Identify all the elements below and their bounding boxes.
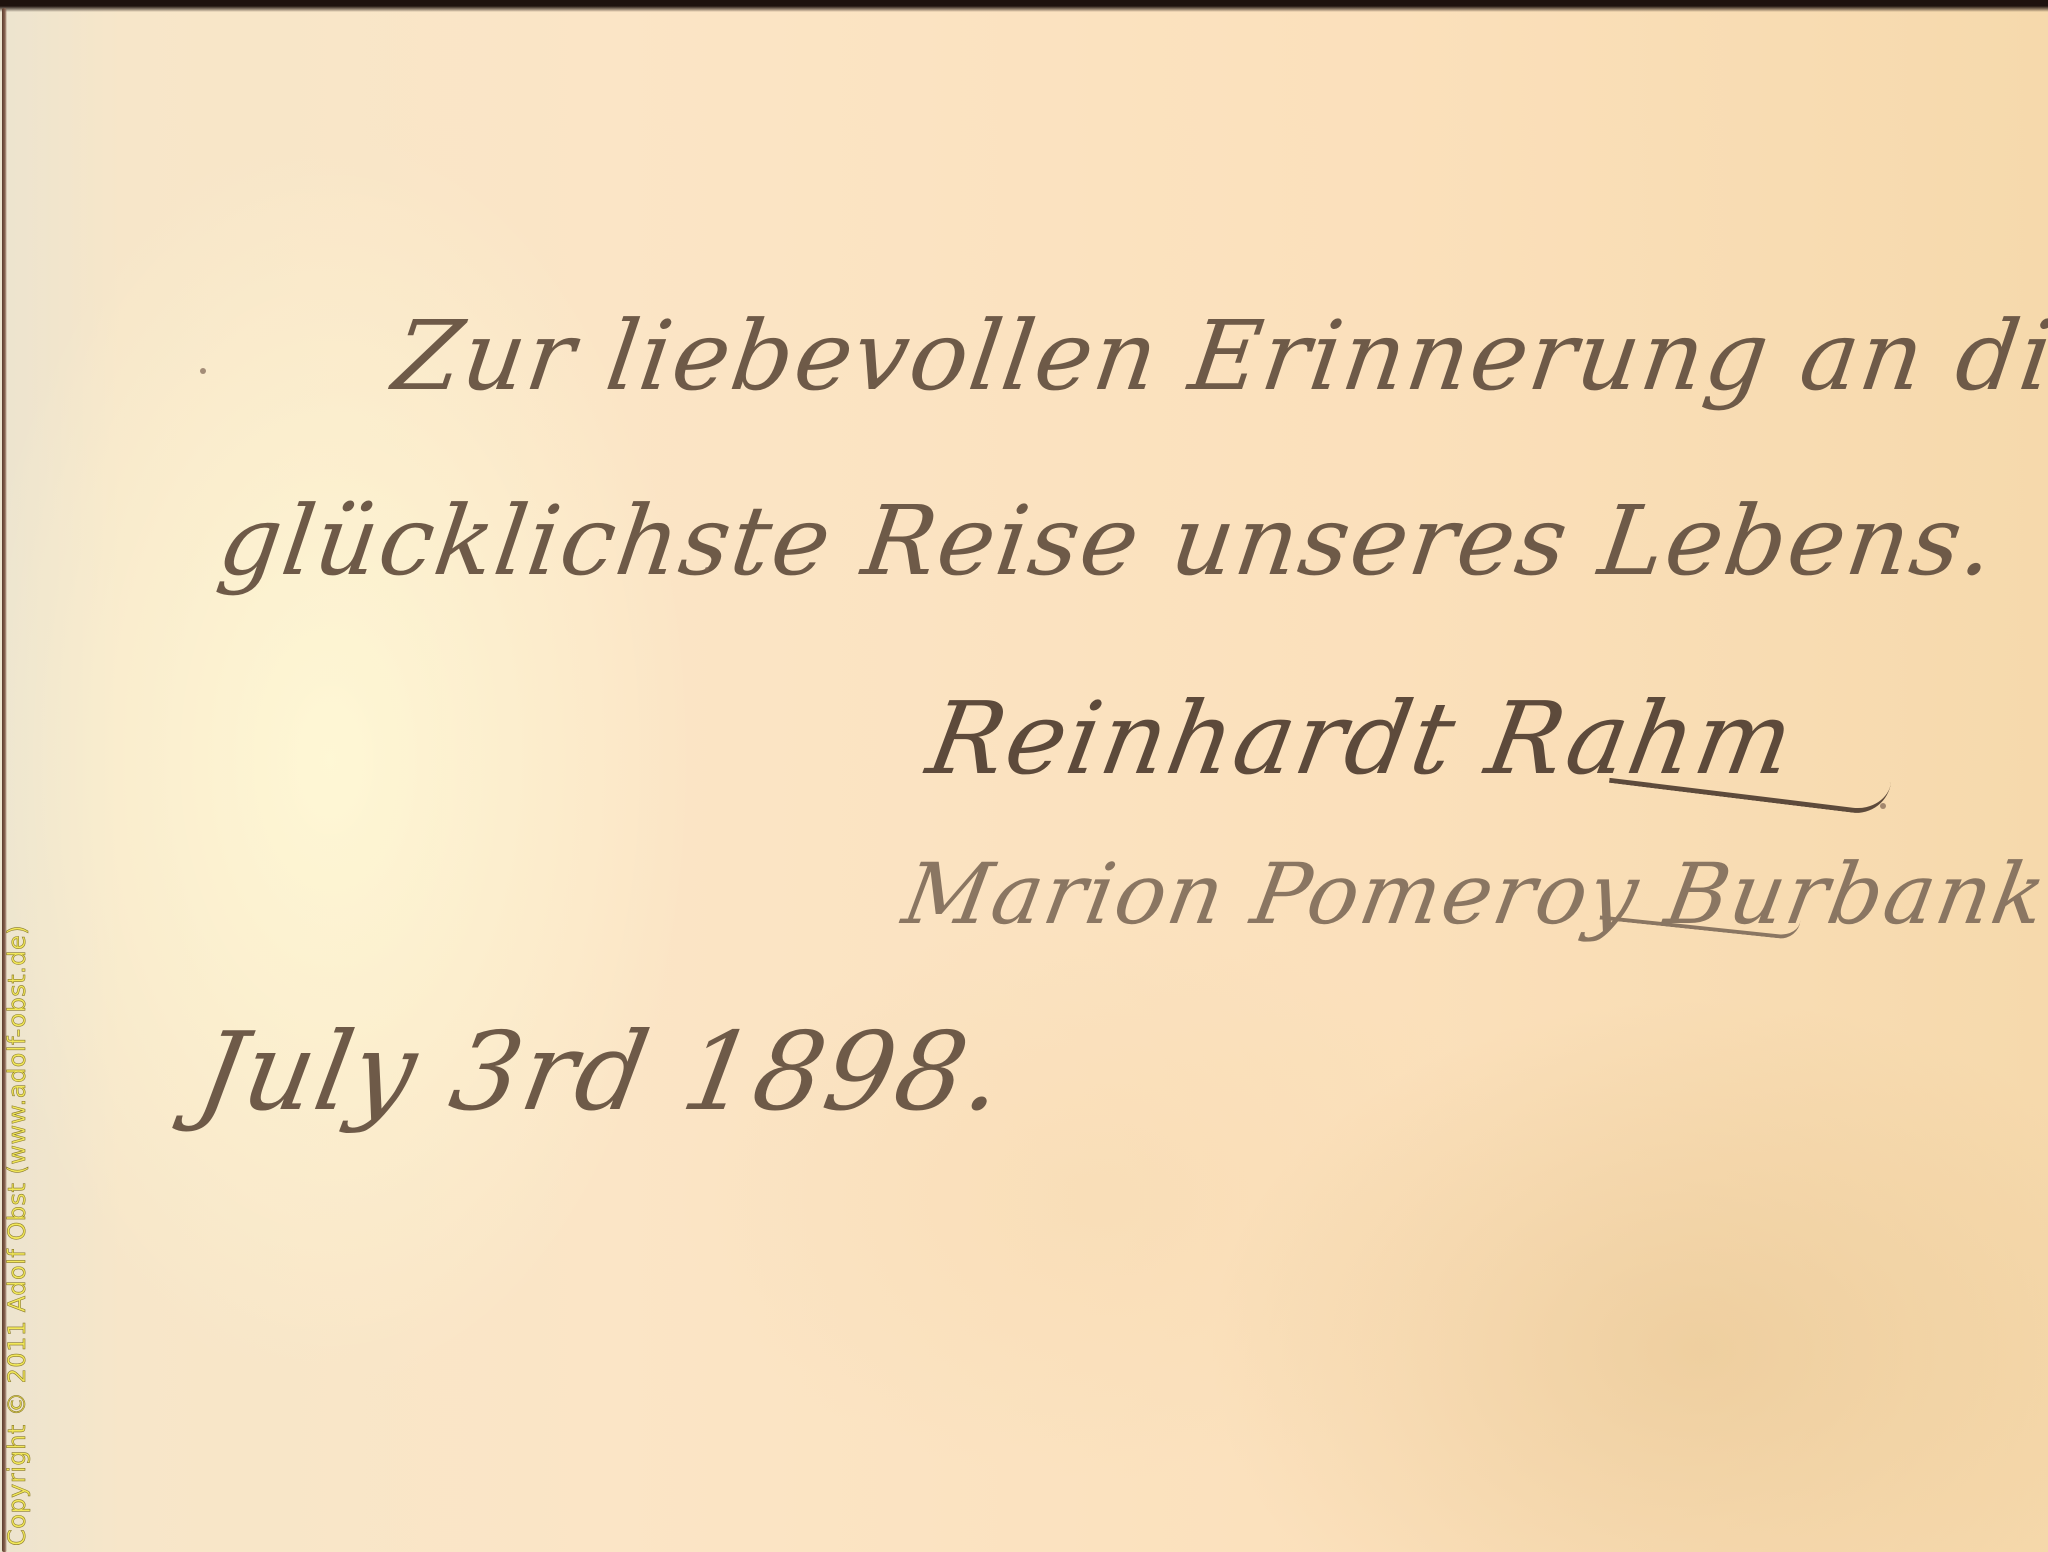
scan-top-edge-shadow bbox=[0, 0, 2048, 12]
inscription-line-1: Zur liebevollen Erinnerung an die bbox=[387, 300, 2048, 412]
ink-speck bbox=[200, 368, 206, 374]
copyright-watermark: Copyright © 2011 Adolf Obst (www.adolf-o… bbox=[2, 925, 32, 1546]
ink-speck bbox=[705, 567, 709, 571]
inscription-line-2: glücklichste Reise unseres Lebens. bbox=[212, 485, 2003, 597]
signature-2: Marion Pomeroy Burbank bbox=[896, 845, 2048, 943]
album-page: Zur liebevollen Erinnerung an die glückl… bbox=[0, 0, 2048, 1552]
ink-speck bbox=[1880, 803, 1886, 809]
inscription-date: July 3rd 1898. bbox=[189, 1010, 1015, 1135]
